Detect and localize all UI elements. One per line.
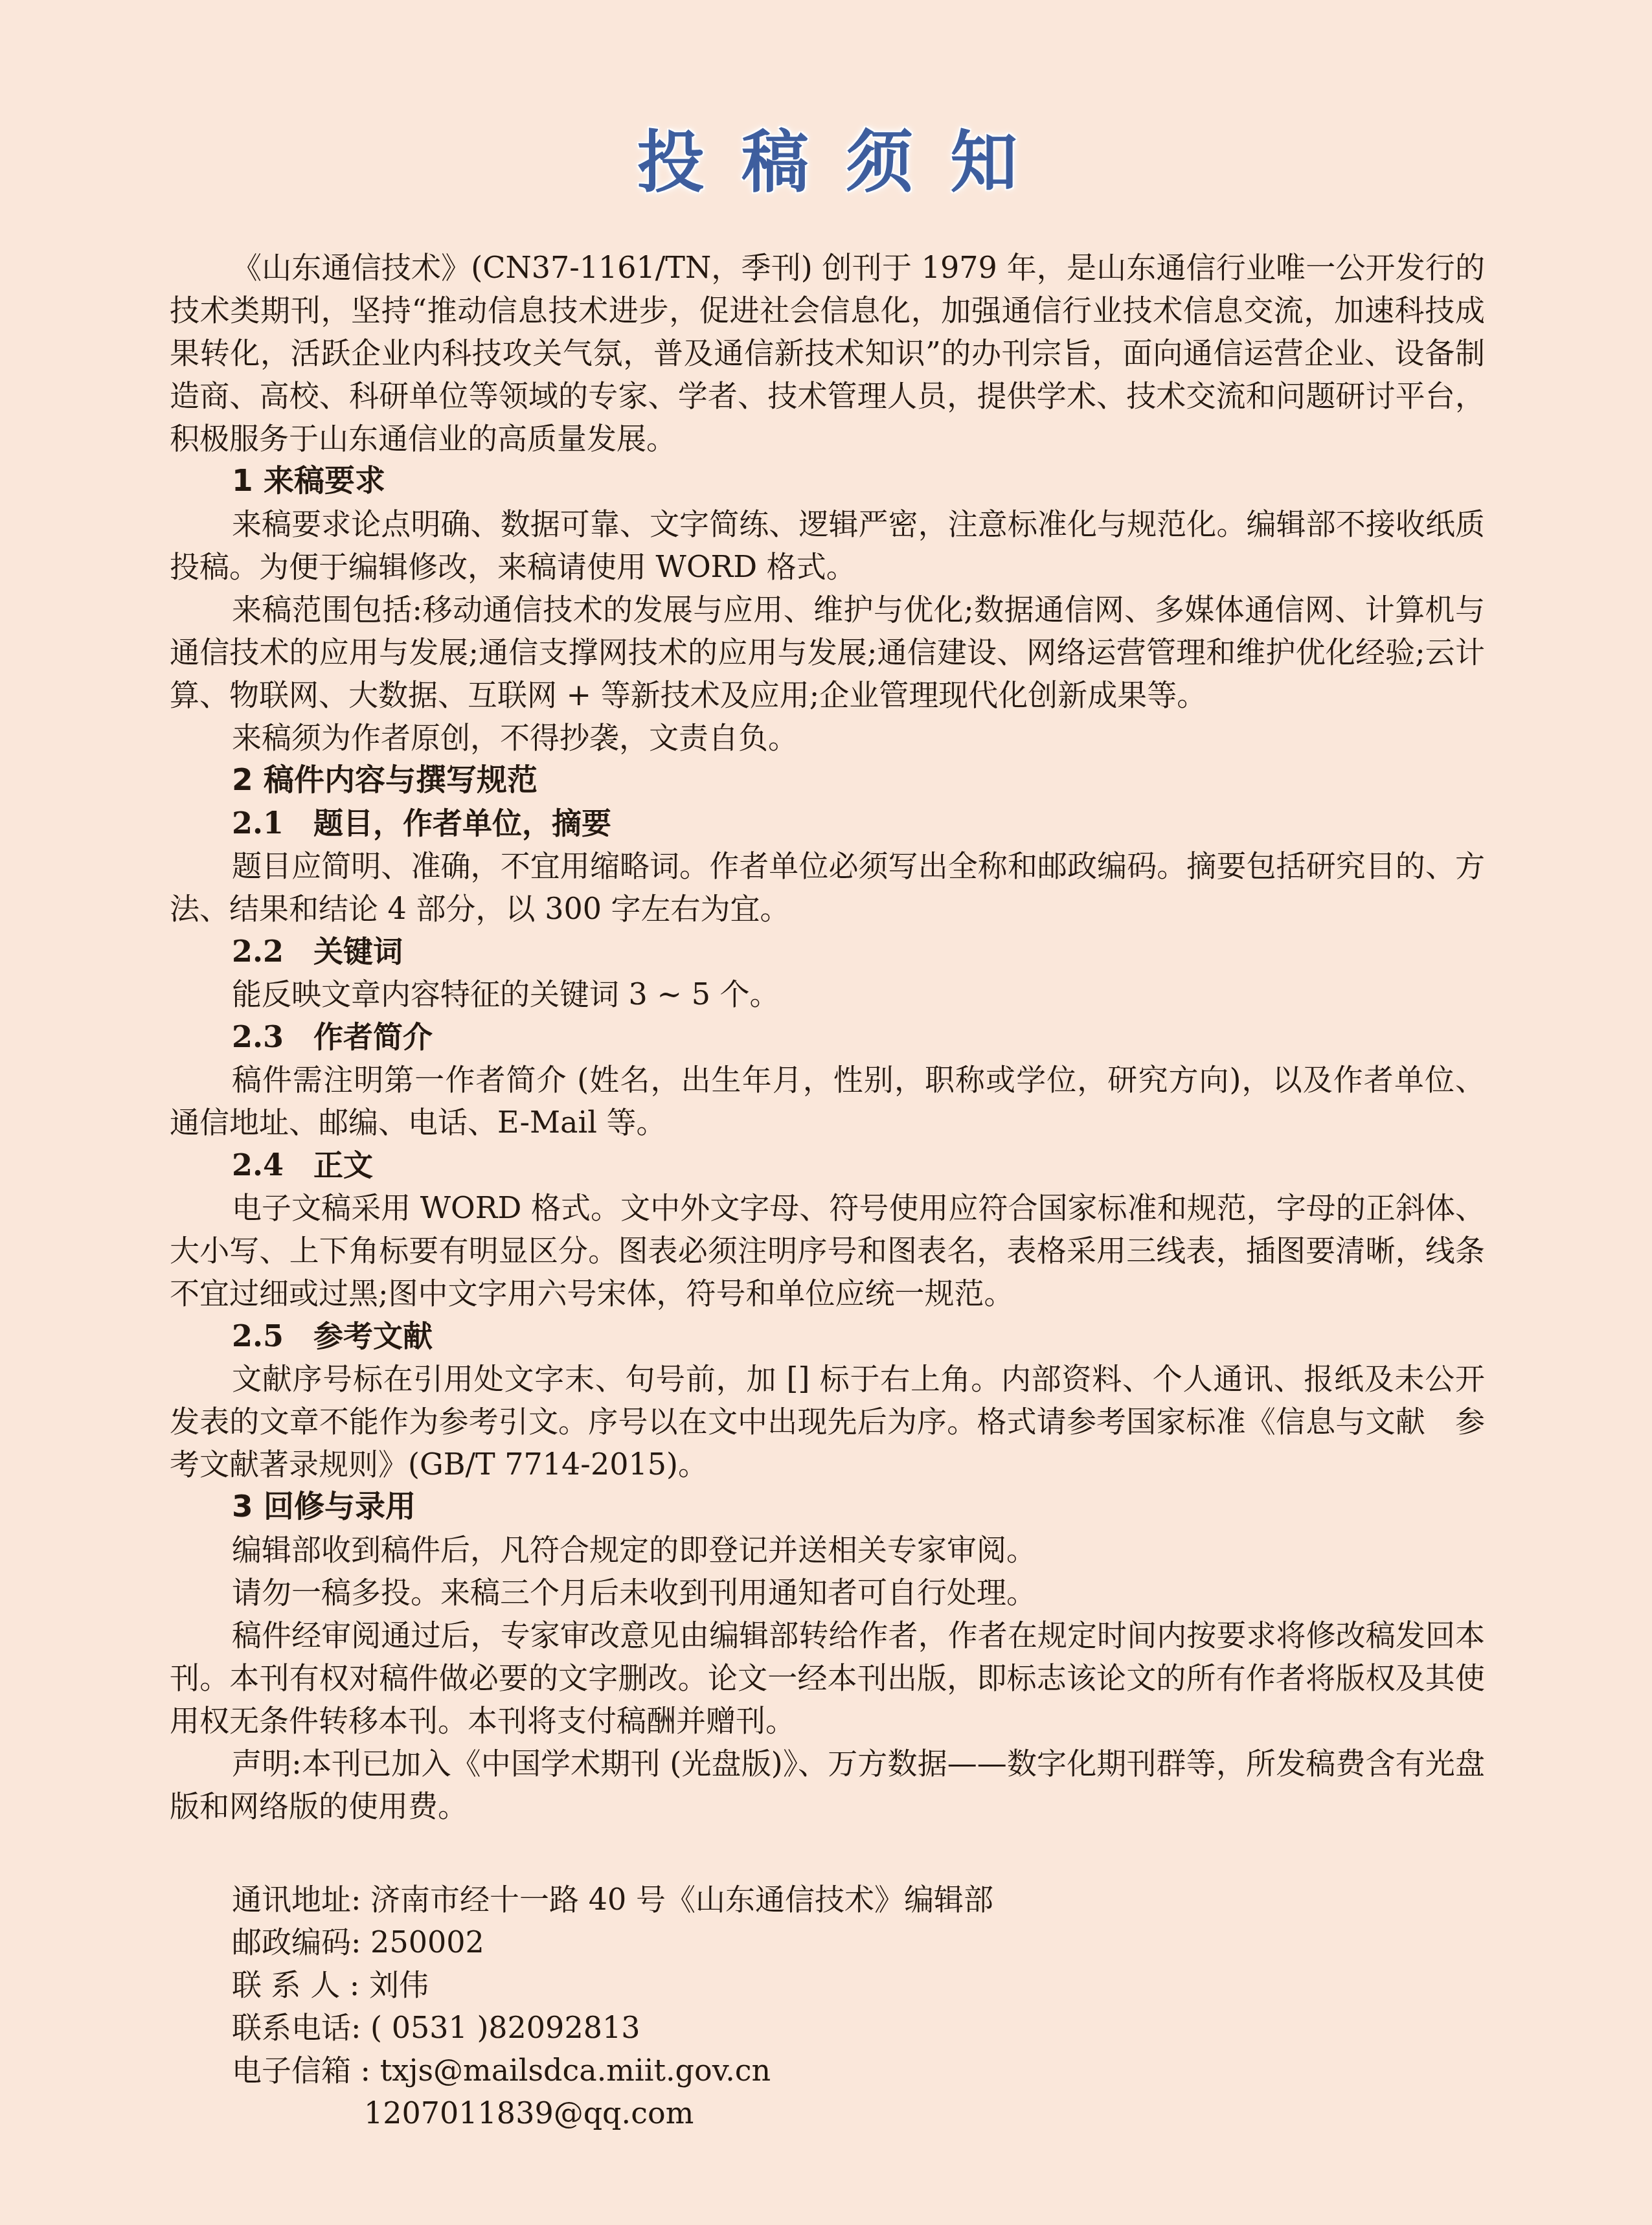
subsection-heading-2-1: 2.1 题目，作者单位，摘要 <box>170 802 1485 844</box>
contact-block: 通讯地址: 济南市经十一路 40 号《山东通信技术》编辑部 邮政编码: 2500… <box>170 1878 1485 2134</box>
paragraph: 编辑部收到稿件后，凡符合规定的即登记并送相关专家审阅。 <box>170 1528 1485 1571</box>
paragraph: 来稿要求论点明确、数据可靠、文字简练、逻辑严密，注意标准化与规范化。编辑部不接收… <box>170 503 1485 588</box>
paragraph: 来稿范围包括:移动通信技术的发展与应用、维护与优化;数据通信网、多媒体通信网、计… <box>170 588 1485 716</box>
subsection-heading-2-3: 2.3 作者简介 <box>170 1015 1485 1058</box>
contact-address-line: 通讯地址: 济南市经十一路 40 号《山东通信技术》编辑部 <box>170 1878 1485 1921</box>
subsection-heading-2-5: 2.5 参考文献 <box>170 1315 1485 1357</box>
paragraph: 能反映文章内容特征的关键词 3 ~ 5 个。 <box>170 973 1485 1015</box>
paragraph: 来稿须为作者原创，不得抄袭，文责自负。 <box>170 716 1485 759</box>
statement-paragraph: 声明:本刊已加入《中国学术期刊 (光盘版)》、万方数据——数字化期刊群等，所发稿… <box>170 1742 1485 1827</box>
contact-person-line: 联 系 人 : 刘伟 <box>170 1963 1485 2006</box>
section-heading-2: 2 稿件内容与撰写规范 <box>170 759 1485 802</box>
contact-postcode-line: 邮政编码: 250002 <box>170 1921 1485 1963</box>
paragraph: 请勿一稿多投。来稿三个月后未收到刊用通知者可自行处理。 <box>170 1571 1485 1614</box>
paragraph: 稿件需注明第一作者简介 (姓名，出生年月，性别，职称或学位，研究方向)，以及作者… <box>170 1058 1485 1144</box>
paragraph: 文献序号标在引用处文字末、句号前，加 [] 标于右上角。内部资料、个人通讯、报纸… <box>170 1357 1485 1485</box>
contact-phone-line: 联系电话: ( 0531 )82092813 <box>170 2006 1485 2049</box>
section-heading-3: 3 回修与录用 <box>170 1485 1485 1528</box>
subsection-heading-2-4: 2.4 正文 <box>170 1144 1485 1186</box>
subsection-heading-2-2: 2.2 关键词 <box>170 930 1485 973</box>
intro-paragraph: 《山东通信技术》(CN37-1161/TN，季刊) 创刊于 1979 年，是山东… <box>170 246 1485 460</box>
contact-email-line: 电子信箱 : txjs@mailsdca.miit.gov.cn <box>170 2049 1485 2092</box>
document-page: 投稿须知 《山东通信技术》(CN37-1161/TN，季刊) 创刊于 1979 … <box>0 0 1652 2225</box>
paragraph: 题目应简明、准确，不宜用缩略词。作者单位必须写出全称和邮政编码。摘要包括研究目的… <box>170 844 1485 930</box>
page-title: 投稿须知 <box>170 120 1485 205</box>
contact-email-line-2: 1207011839@qq.com <box>170 2092 1485 2134</box>
paragraph: 电子文稿采用 WORD 格式。文中外文字母、符号使用应符合国家标准和规范，字母的… <box>170 1186 1485 1315</box>
section-heading-1: 1 来稿要求 <box>170 460 1485 503</box>
paragraph: 稿件经审阅通过后，专家审改意见由编辑部转给作者，作者在规定时间内按要求将修改稿发… <box>170 1614 1485 1742</box>
